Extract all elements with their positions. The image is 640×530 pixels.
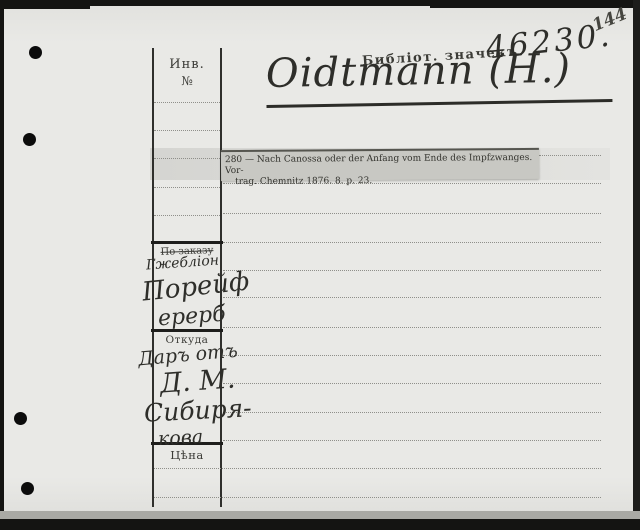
inventory-header-label: Инв. [153,57,221,72]
punch-hole [23,133,36,146]
clipping-line: 280 — Nach Canossa oder der Anfang vom E… [225,153,535,177]
inventory-number-sign: № [153,74,221,88]
clipping-line: trag. Chemnitz 1876. 8. p. 23. [225,175,535,188]
ruled-line [154,215,220,216]
author-heading-handwritten: Oidtmann (H.) [266,45,613,108]
ruled-line [223,355,601,356]
ruled-line [154,102,220,103]
order-entry-handwriting: ерерб [157,302,226,332]
ruled-line [223,297,601,298]
ruled-line [223,242,601,243]
source-entry-handwriting: Сибиря- [143,393,252,428]
scanned-catalog-card: Инв. № По заказу Откуда Цѣна Библіот. зн… [0,0,640,530]
scan-edge-bottom-shadow [0,511,640,519]
ruled-line [154,158,220,159]
pasted-clipping: 280 — Nach Canossa oder der Anfang vom E… [221,148,539,181]
column-separator [151,241,223,244]
scan-edge-bottom [0,519,640,530]
punch-hole [29,46,42,59]
ruled-line [223,327,601,328]
price-label: Цѣна [152,448,222,462]
source-entry-handwriting: кова [157,426,203,450]
punch-hole [14,412,27,425]
ruled-line [223,440,601,441]
ruled-line [154,468,601,469]
ruled-line [223,213,601,214]
ruled-line [154,130,220,131]
ruled-line [539,155,601,156]
scan-edge-top-blob [0,0,90,9]
ruled-line [154,187,220,188]
scan-edge-right [633,0,640,530]
ruled-line [154,497,601,498]
ruled-line [223,383,601,384]
ruled-line [223,412,601,413]
punch-hole [21,482,34,495]
ruled-line [223,270,601,271]
scan-edge-left [0,0,4,530]
scan-edge-top-blob [430,0,640,8]
